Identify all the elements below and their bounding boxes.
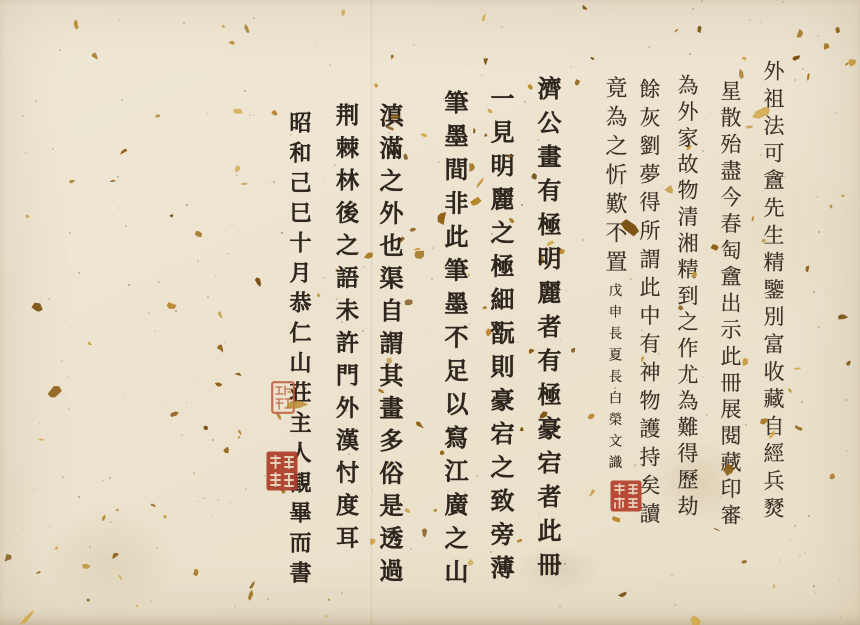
gold-fleck xyxy=(108,179,118,183)
paper-speck xyxy=(808,515,810,517)
paper-speck xyxy=(799,555,801,557)
paper-speck xyxy=(660,583,662,585)
paper-speck xyxy=(324,178,325,179)
paper-speck xyxy=(231,224,233,226)
gold-fleck xyxy=(792,423,804,433)
paper-speck xyxy=(224,342,225,343)
paper-speck xyxy=(183,22,185,24)
gold-fleck xyxy=(586,485,598,499)
gold-fleck xyxy=(237,428,243,437)
paper-speck xyxy=(689,53,691,55)
paper-speck xyxy=(794,79,796,81)
paper-speck xyxy=(432,247,434,249)
paper-speck xyxy=(818,231,820,233)
gold-fleck xyxy=(53,544,60,551)
calligraphy-column-b4: 滇滿之外也渠自謂其畫多俗是透過 xyxy=(377,103,401,591)
paper-speck xyxy=(207,296,209,298)
calligraphy-column-b5: 荆棘林後之語未許門外漢忖度耳 xyxy=(333,103,356,558)
paper-speck xyxy=(845,399,847,401)
gold-fleck xyxy=(322,614,331,620)
paper-speck xyxy=(817,105,818,106)
gold-fleck xyxy=(166,409,180,419)
gold-fleck xyxy=(191,226,206,241)
gold-fleck xyxy=(802,263,813,275)
gold-fleck xyxy=(109,550,122,561)
paper-speck xyxy=(813,291,815,293)
paper-speck xyxy=(240,469,241,470)
gold-fleck xyxy=(86,340,94,348)
paper-speck xyxy=(21,361,22,362)
paper-speck xyxy=(662,218,663,219)
gold-fleck xyxy=(610,513,623,526)
paper-speck xyxy=(198,501,199,502)
paper-speck xyxy=(359,310,360,311)
gold-fleck xyxy=(233,370,245,379)
paper-speck xyxy=(463,55,465,57)
paper-speck xyxy=(847,213,848,214)
gold-fleck xyxy=(29,300,45,318)
gold-fleck xyxy=(686,611,706,625)
gold-fleck xyxy=(514,537,525,546)
gold-fleck xyxy=(589,55,597,62)
paper-speck xyxy=(743,423,745,425)
gold-fleck xyxy=(116,573,124,581)
paper-speck xyxy=(702,150,704,152)
gold-fleck xyxy=(771,583,778,590)
gold-fleck xyxy=(413,418,427,431)
gold-fleck xyxy=(168,212,175,219)
calligraphy-column-a4: 餘灰劉夢得所謂此中有神物護持矣讀 xyxy=(638,78,659,531)
paper-speck xyxy=(154,330,156,332)
gold-fleck xyxy=(826,201,836,211)
manuscript-paper: 外祖法可盦先生精鑒別富收藏自經兵燹 星散殆盡今春匋盦出示此冊展閱藏印審 為外家故… xyxy=(0,0,860,625)
paper-speck xyxy=(66,321,67,322)
paper-speck xyxy=(89,546,91,548)
gold-fleck xyxy=(237,436,242,439)
paper-speck xyxy=(209,334,210,335)
paper-speck xyxy=(327,126,328,127)
paper-stain xyxy=(40,505,180,615)
paper-speck xyxy=(742,221,743,222)
calligraphy-column-a5: 竟為之忻歎不置 xyxy=(603,76,625,279)
paper-speck xyxy=(114,506,115,507)
paper-speck xyxy=(341,592,343,594)
paper-speck xyxy=(648,46,650,48)
paper-speck xyxy=(217,499,219,501)
paper-speck xyxy=(362,330,364,332)
paper-speck xyxy=(704,119,705,120)
paper-speck xyxy=(372,488,373,489)
paper-speck xyxy=(745,424,747,426)
paper-speck xyxy=(266,537,267,538)
gold-fleck xyxy=(233,162,243,175)
paper-speck xyxy=(818,327,819,328)
paper-speck xyxy=(471,482,472,483)
paper-speck xyxy=(630,278,632,280)
gold-fleck xyxy=(408,248,429,264)
paper-speck xyxy=(566,290,567,291)
collector-seal-upper xyxy=(271,381,295,414)
paper-speck xyxy=(524,101,526,103)
paper-speck xyxy=(564,563,566,565)
paper-speck xyxy=(344,51,345,52)
paper-speck xyxy=(701,0,703,2)
gold-fleck xyxy=(841,356,855,371)
paper-speck xyxy=(117,176,119,178)
paper-speck xyxy=(486,23,487,24)
paper-speck xyxy=(816,196,818,198)
paper-speck xyxy=(526,366,527,367)
paper-speck xyxy=(329,117,330,118)
paper-speck xyxy=(25,152,27,154)
gold-fleck xyxy=(567,345,578,356)
paper-speck xyxy=(570,66,572,68)
gold-fleck xyxy=(478,10,490,25)
gold-fleck xyxy=(786,387,793,395)
paper-speck xyxy=(706,414,708,416)
gold-fleck xyxy=(37,437,47,442)
paper-speck xyxy=(111,143,113,145)
gold-fleck xyxy=(842,59,851,68)
paper-speck xyxy=(67,376,69,378)
gold-fleck xyxy=(472,127,478,135)
paper-speck xyxy=(207,113,208,114)
gold-fleck xyxy=(840,192,846,199)
paper-speck xyxy=(236,124,237,125)
paper-speck xyxy=(103,480,104,481)
gold-fleck xyxy=(117,144,131,158)
paper-speck xyxy=(817,35,819,37)
paper-speck xyxy=(801,401,803,403)
paper-speck xyxy=(17,496,18,497)
paper-speck xyxy=(267,598,269,600)
gold-fleck xyxy=(100,513,108,522)
paper-speck xyxy=(702,446,703,447)
gold-fleck xyxy=(696,22,704,34)
gold-fleck xyxy=(821,42,831,52)
gold-fleck xyxy=(467,195,483,208)
paper-speck xyxy=(692,8,694,10)
gold-fleck xyxy=(74,17,80,27)
paper-speck xyxy=(118,207,120,209)
paper-speck xyxy=(124,394,125,395)
paper-speck xyxy=(686,14,687,15)
paper-speck xyxy=(476,475,478,477)
gold-fleck xyxy=(340,6,347,20)
gold-fleck xyxy=(252,274,264,291)
gold-fleck xyxy=(806,72,811,82)
paper-speck xyxy=(162,269,163,270)
paper-speck xyxy=(71,327,72,328)
paper-speck xyxy=(291,622,293,624)
paper-speck xyxy=(227,253,229,255)
paper-speck xyxy=(316,44,317,45)
paper-speck xyxy=(34,488,35,489)
gold-fleck xyxy=(788,52,803,64)
paper-speck xyxy=(48,298,50,300)
paper-speck xyxy=(52,148,54,150)
paper-speck xyxy=(68,408,70,410)
paper-speck xyxy=(181,434,183,436)
paper-speck xyxy=(410,548,412,550)
gold-fleck xyxy=(166,301,177,310)
paper-speck xyxy=(693,539,694,540)
gold-fleck xyxy=(401,296,417,310)
paper-speck xyxy=(203,497,205,499)
paper-speck xyxy=(813,590,815,592)
gold-fleck xyxy=(483,55,489,68)
paper-speck xyxy=(156,547,158,549)
gold-fleck xyxy=(313,291,323,300)
paper-speck xyxy=(782,1,784,3)
gold-fleck xyxy=(16,602,43,625)
paper-speck xyxy=(110,521,112,523)
calligraphy-column-b1: 濟公畫有極明麗者有極豪宕者此冊 xyxy=(535,76,559,586)
gold-fleck xyxy=(327,596,331,602)
calligraphy-column-a1: 外祖法可盦先生精鑒別富收藏自經兵燹 xyxy=(762,60,783,524)
paper-speck xyxy=(839,579,840,580)
paper-speck xyxy=(118,19,120,21)
paper-speck xyxy=(700,27,702,29)
paper-speck xyxy=(78,272,80,274)
paper-speck xyxy=(468,323,470,325)
paper-speck xyxy=(790,539,791,540)
gold-fleck xyxy=(792,26,807,41)
paper-speck xyxy=(125,29,126,30)
paper-speck xyxy=(22,115,24,117)
gold-fleck xyxy=(410,245,424,253)
gold-fleck xyxy=(88,49,102,63)
gold-fleck xyxy=(740,559,748,564)
collector-seal-lower xyxy=(266,451,298,491)
paper-speck xyxy=(199,183,201,185)
paper-speck xyxy=(576,409,577,410)
gold-fleck xyxy=(221,445,232,456)
paper-speck xyxy=(215,275,216,276)
paper-speck xyxy=(405,96,406,97)
gold-fleck xyxy=(86,597,92,603)
gold-fleck xyxy=(743,123,758,132)
paper-speck xyxy=(70,285,71,286)
paper-speck xyxy=(61,360,63,362)
calligraphy-column-a2: 星散殆盡今春匋盦出示此冊展閱藏印審 xyxy=(719,80,740,531)
paper-speck xyxy=(245,488,247,490)
gold-fleck xyxy=(34,570,42,575)
gold-fleck xyxy=(475,176,486,190)
paper-speck xyxy=(431,278,433,280)
gold-fleck xyxy=(218,22,228,31)
paper-speck xyxy=(125,225,127,227)
gold-fleck xyxy=(421,526,428,540)
paper-speck xyxy=(804,552,806,554)
gold-fleck xyxy=(409,227,418,233)
paper-speck xyxy=(413,44,415,46)
calligraphy-column-b3: 筆墨間非此筆墨不足以寫江廣之山 xyxy=(442,90,466,593)
paper-speck xyxy=(175,310,177,312)
paper-speck xyxy=(828,292,829,293)
paper-speck xyxy=(818,326,820,328)
paper-speck xyxy=(813,585,815,587)
signature-column-rongwen: 戊申長夏長白榮文識 xyxy=(606,283,620,477)
paper-speck xyxy=(207,210,208,211)
paper-speck xyxy=(481,74,483,76)
paper-speck xyxy=(234,606,236,608)
gold-fleck xyxy=(154,112,162,119)
paper-speck xyxy=(517,341,519,343)
gold-fleck xyxy=(114,507,120,513)
paper-speck xyxy=(199,381,200,382)
paper-speck xyxy=(249,114,251,116)
paper-speck xyxy=(9,540,11,542)
paper-speck xyxy=(363,266,365,268)
paper-speck xyxy=(212,439,214,441)
paper-speck xyxy=(22,529,23,530)
gold-fleck xyxy=(268,105,282,119)
gold-fleck xyxy=(71,17,80,32)
paper-speck xyxy=(39,423,40,424)
paper-speck xyxy=(253,17,255,19)
gold-fleck xyxy=(371,81,380,91)
paper-speck xyxy=(212,516,213,517)
paper-speck xyxy=(615,9,616,10)
gold-fleck xyxy=(845,55,859,69)
paper-speck xyxy=(559,606,561,608)
paper-speck xyxy=(798,199,799,200)
paper-speck xyxy=(78,496,80,498)
paper-speck xyxy=(236,174,238,176)
gold-fleck xyxy=(247,589,255,603)
paper-speck xyxy=(274,584,275,585)
paper-speck xyxy=(180,36,181,37)
calligraphy-column-a3: 為外家故物清湘精到之作尤為難得歷劫 xyxy=(676,74,697,521)
paper-speck xyxy=(582,239,584,241)
paper-speck xyxy=(425,331,426,332)
paper-speck xyxy=(702,376,704,378)
gold-fleck xyxy=(213,381,224,389)
paper-speck xyxy=(329,64,331,66)
gold-fleck xyxy=(832,24,843,37)
gold-fleck xyxy=(580,3,589,12)
paper-speck xyxy=(323,277,325,279)
gold-fleck xyxy=(418,131,430,140)
gold-fleck xyxy=(230,105,244,117)
gold-fleck xyxy=(834,311,849,322)
paper-speck xyxy=(148,312,150,314)
paper-speck xyxy=(527,413,529,415)
paper-speck xyxy=(50,590,51,591)
gold-fleck xyxy=(202,423,210,432)
artist-seal-stamp xyxy=(610,480,642,512)
paper-speck xyxy=(59,49,61,51)
paper-speck xyxy=(121,99,123,101)
paper-speck xyxy=(521,204,523,206)
paper-speck xyxy=(329,103,331,105)
paper-speck xyxy=(362,55,363,56)
paper-speck xyxy=(35,100,37,102)
paper-speck xyxy=(749,19,751,21)
paper-speck xyxy=(840,617,841,618)
paper-speck xyxy=(414,543,415,544)
gold-fleck xyxy=(433,508,438,512)
gold-fleck xyxy=(791,366,803,370)
paper-speck xyxy=(84,602,85,603)
gold-fleck xyxy=(1,552,14,564)
paper-speck xyxy=(671,574,673,576)
paper-speck xyxy=(846,450,848,452)
gold-fleck xyxy=(160,512,170,521)
gold-fleck xyxy=(134,603,139,608)
paper-speck xyxy=(197,260,199,262)
gold-fleck xyxy=(215,341,225,355)
signature-column-konan: 昭和己巳十月恭仁山荘主人観畢而書 xyxy=(287,111,309,591)
paper-speck xyxy=(193,472,195,474)
paper-speck xyxy=(138,35,139,36)
paper-speck xyxy=(55,387,56,388)
paper-speck xyxy=(62,476,64,478)
gold-fleck xyxy=(214,307,226,321)
paper-speck xyxy=(634,467,635,468)
gold-fleck xyxy=(616,589,632,600)
paper-speck xyxy=(573,432,574,433)
gold-fleck xyxy=(239,182,249,186)
gold-fleck xyxy=(585,410,597,421)
paper-speck xyxy=(815,592,816,593)
paper-speck xyxy=(662,158,663,159)
paper-speck xyxy=(69,232,71,234)
paper-speck xyxy=(642,554,643,555)
gold-fleck xyxy=(149,502,159,508)
paper-speck xyxy=(529,621,530,622)
gold-fleck xyxy=(739,54,750,62)
gold-fleck xyxy=(827,470,837,483)
paper-speck xyxy=(186,402,187,403)
paper-speck xyxy=(229,501,231,503)
paper-speck xyxy=(674,604,676,606)
paper-speck xyxy=(775,596,776,597)
gold-fleck xyxy=(191,566,201,577)
paper-speck xyxy=(150,600,152,602)
gold-fleck xyxy=(518,425,526,433)
paper-speck xyxy=(49,525,51,527)
gold-fleck xyxy=(23,212,31,220)
paper-speck xyxy=(501,26,503,28)
paper-speck xyxy=(166,406,167,407)
paper-speck xyxy=(109,477,111,479)
gold-fleck xyxy=(247,578,257,594)
paper-speck xyxy=(158,281,160,283)
album-fold-crease xyxy=(370,0,373,625)
gold-fleck xyxy=(403,152,410,162)
paper-speck xyxy=(779,559,781,561)
paper-speck xyxy=(802,68,804,70)
paper-speck xyxy=(273,181,275,183)
paper-speck xyxy=(836,112,837,113)
gold-fleck xyxy=(573,76,582,87)
gold-fleck xyxy=(388,53,396,61)
gold-fleck xyxy=(673,27,680,34)
paper-speck xyxy=(587,417,588,418)
paper-speck xyxy=(485,56,486,57)
gold-fleck xyxy=(242,21,253,39)
paper-speck xyxy=(794,525,796,527)
paper-speck xyxy=(92,91,93,92)
paper-speck xyxy=(269,182,270,183)
paper-speck xyxy=(244,90,246,92)
paper-speck xyxy=(186,204,188,206)
gold-fleck xyxy=(80,560,93,571)
paper-speck xyxy=(128,284,130,286)
paper-speck xyxy=(253,115,254,116)
